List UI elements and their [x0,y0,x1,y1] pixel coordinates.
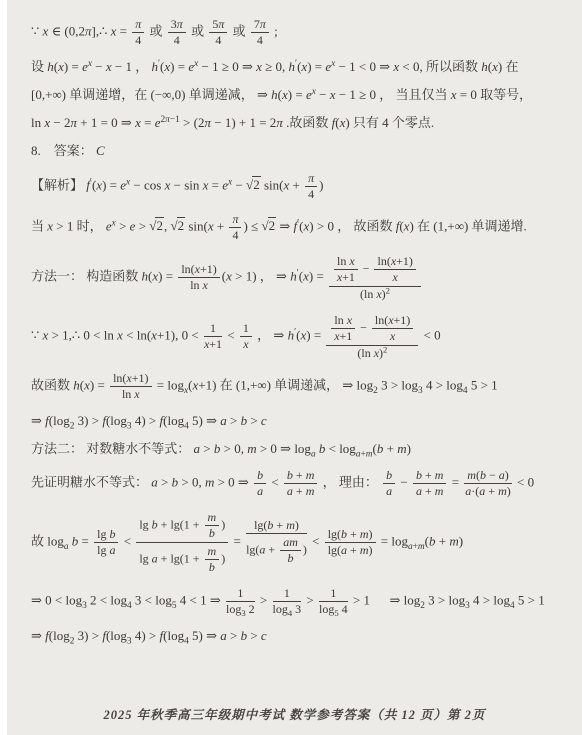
formula-lines: ∵ x ∈ (0,2π],∴ x = π4 或 3π4 或 5π4 或 7π4 … [31,16,568,646]
line-q8-increasing: 当 x > 1 时， ex > e > √2, √2 sin(x + π4) ≤… [31,211,568,244]
line-log-chain: 故 loga b = lg blg a < lg b + lg(1 + mb)l… [31,508,568,577]
line-method1-decreasing: 故函数 h(x) = ln(x+1)ln x = logx(x+1) 在 (1,… [31,370,568,403]
line-zero-count: ln x − 2π + 1 = 0 ⇒ x = e2π−1 > (2π − 1)… [31,113,568,133]
line-h-monotonicity: [0,+∞) 单调递增，在 (−∞,0) 单调递减， ⇒ h(x) = ex −… [31,85,568,105]
line-method1-derivative-negative: ∵ x > 1,∴ 0 < ln x < ln(x+1), 0 < 1x+1 <… [31,311,568,362]
line-method2-conclusion: ⇒ f(log2 3) > f(log3 4) > f(log4 5) ⇒ a … [31,626,568,646]
line-x-solutions: ∵ x ∈ (0,2π],∴ x = π4 或 3π4 或 5π4 或 7π4 … [31,16,568,49]
line-q8-answer: 8. 答案： C [31,141,568,161]
line-h-definition: 设 h(x) = ex − x − 1 ， h′(x) = ex − 1 ≥ 0… [31,57,568,77]
line-method2-inequality: 方法二： 对数糖水不等式： a > b > 0, m > 0 ⇒ loga b … [31,439,568,459]
line-sugar-water-proof: 先证明糖水不等式： a > b > 0, m > 0 ⇒ ba < b + ma… [31,467,568,500]
line-q8-derivative: 【解析】 f′(x) = ex − cos x − sin x = ex − √… [31,170,568,203]
answer-sheet-page: ∵ x ∈ (0,2π],∴ x = π4 或 3π4 或 5π4 或 7π4 … [7,0,582,735]
page-footer: 2025 年秋季高三年级期中考试 数学参考答案（共 12 页）第 2页 [7,705,582,723]
line-method1-conclusion: ⇒ f(log2 3) > f(log3 4) > f(log4 5) ⇒ a … [31,411,568,431]
line-method1-construct: 方法一： 构造函数 h(x) = ln(x+1)ln x(x > 1) ， ⇒ … [31,252,568,303]
line-log-comparison: ⇒ 0 < log3 2 < log4 3 < log5 4 < 1 ⇒ 1lo… [31,585,568,618]
